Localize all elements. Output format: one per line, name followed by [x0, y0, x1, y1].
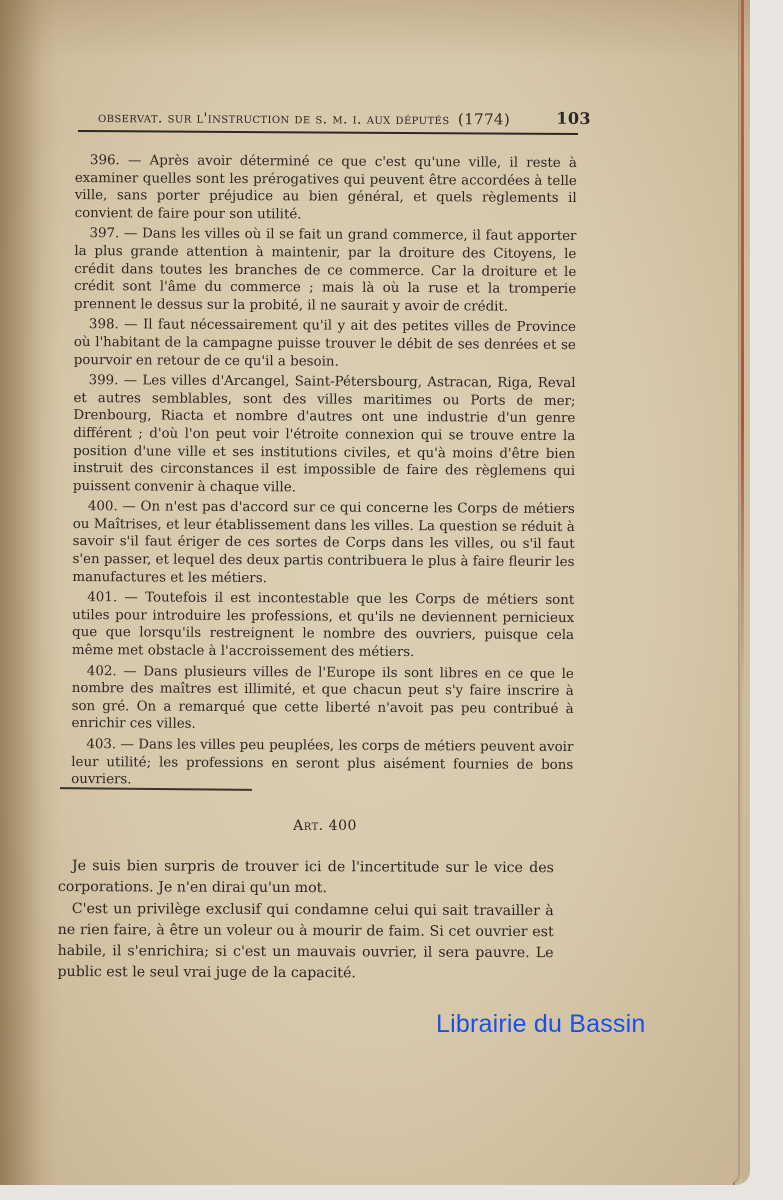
running-head: Observat. sur l'instruction de S. M. I. …: [98, 108, 583, 129]
cover-edge: [741, 0, 744, 700]
book-page-stack: Observat. sur l'instruction de S. M. I. …: [0, 0, 750, 1185]
article-number: 401.: [87, 590, 117, 605]
watermark-text: Librairie du Bassin: [436, 1010, 645, 1039]
article-397: 397. — Dans les villes où il se fait un …: [74, 225, 577, 316]
article-text: — Dans les villes peu peuplées, les corp…: [71, 737, 573, 787]
article-400: 400. — On n'est pas d'accord sur ce qui …: [72, 498, 575, 589]
article-text: — Il faut nécessairement qu'il y ait des…: [74, 318, 576, 369]
article-number: 403.: [86, 737, 116, 752]
article-text: — On n'est pas d'accord sur ce qui conce…: [72, 500, 575, 586]
article-text: — Après avoir déterminé ce que c'est qu'…: [75, 153, 577, 222]
commentary-paragraph: Je suis bien surpris de trouver ici de l…: [58, 856, 554, 901]
commentary-heading-number: 400: [329, 818, 357, 834]
commentary-paragraph: C'est un privilège exclusif qui condamne…: [57, 899, 553, 986]
running-head-year: (1774): [458, 110, 510, 128]
article-402: 402. — Dans plusieurs villes de l'Europe…: [71, 663, 573, 736]
commentary-heading: Art. 400: [50, 818, 600, 834]
article-number: 397.: [89, 226, 119, 241]
article-text: — Dans plusieurs villes de l'Europe ils …: [71, 664, 573, 732]
commentary-body: Je suis bien surpris de trouver ici de l…: [57, 856, 554, 986]
article-text: — Dans les villes où il se fait un grand…: [74, 227, 577, 315]
article-number: 396.: [90, 153, 120, 168]
article-number: 398.: [89, 317, 119, 332]
article-text: — Toutefois il est incontestable que les…: [72, 591, 574, 661]
article-number: 402.: [87, 664, 117, 679]
page-number: 103: [556, 109, 591, 128]
article-number: 399.: [89, 373, 119, 388]
running-head-title: Observat. sur l'instruction de S. M. I. …: [98, 110, 450, 128]
article-number: 400.: [88, 499, 118, 514]
page-content: Observat. sur l'instruction de S. M. I. …: [0, 0, 738, 1185]
header-rule: [78, 130, 578, 135]
article-399: 399. — Les villes d'Arcangel, Saint-Péte…: [73, 372, 576, 498]
article-396: 396. — Après avoir déterminé ce que c'es…: [75, 152, 577, 225]
article-text: — Les villes d'Arcangel, Saint-Pétersbou…: [73, 373, 576, 495]
article-403: 403. — Dans les villes peu peuplées, les…: [71, 736, 573, 792]
commentary-heading-prefix: Art.: [293, 818, 324, 834]
articles-section: 396. — Après avoir déterminé ce que c'es…: [71, 152, 577, 795]
article-398: 398. — Il faut nécessairement qu'il y ai…: [74, 316, 576, 372]
article-401: 401. — Toutefois il est incontestable qu…: [72, 589, 574, 662]
